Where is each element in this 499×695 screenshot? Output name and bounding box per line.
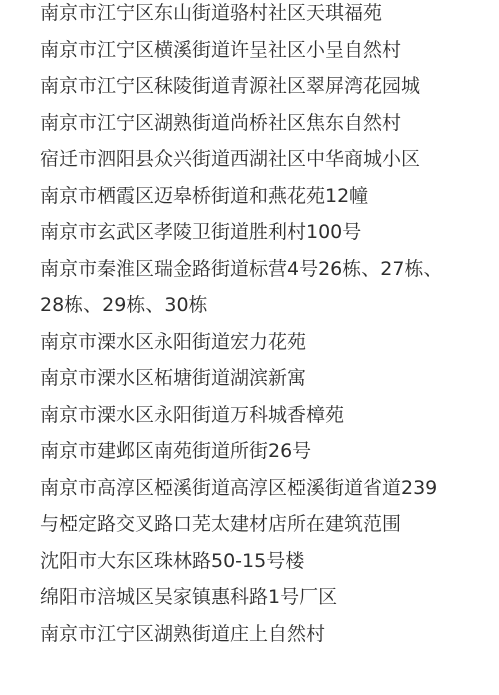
address-line: 南京市江宁区湖熟街道庄上自然村: [40, 616, 490, 653]
address-line-continuation: 与椏定路交叉路口芜太建材店所在建筑范围: [40, 506, 490, 543]
address-line: 南京市秦淮区瑞金路街道标营4号26栋、27栋、: [40, 251, 490, 288]
address-line-continuation: 28栋、29栋、30栋: [40, 287, 490, 324]
address-line: 南京市溧水区永阳街道宏力花苑: [40, 324, 490, 361]
address-line: 南京市江宁区湖熟街道尚桥社区焦东自然村: [40, 105, 490, 142]
address-line: 南京市栖霞区迈皋桥街道和燕花苑12幢: [40, 178, 490, 215]
address-line: 南京市建邺区南苑街道所街26号: [40, 433, 490, 470]
address-line: 宿迁市泗阳县众兴街道西湖社区中华商城小区: [40, 141, 490, 178]
address-list: 南京市江宁区东山街道骆村社区天琪福苑 南京市江宁区横溪街道许呈社区小呈自然村 南…: [40, 0, 490, 652]
address-line: 绵阳市涪城区吴家镇惠科路1号厂区: [40, 579, 490, 616]
address-line: 沈阳市大东区珠林路50-15号楼: [40, 543, 490, 580]
address-line: 南京市溧水区永阳街道万科城香樟苑: [40, 397, 490, 434]
address-line: 南京市玄武区孝陵卫街道胜利村100号: [40, 214, 490, 251]
address-line: 南京市江宁区秣陵街道青源社区翠屏湾花园城: [40, 68, 490, 105]
address-line: 南京市江宁区横溪街道许呈社区小呈自然村: [40, 32, 490, 69]
address-line: 南京市高淳区椏溪街道高淳区椏溪街道省道239: [40, 470, 490, 507]
address-line: 南京市溧水区柘塘街道湖滨新寓: [40, 360, 490, 397]
address-line: 南京市江宁区东山街道骆村社区天琪福苑: [40, 0, 490, 32]
